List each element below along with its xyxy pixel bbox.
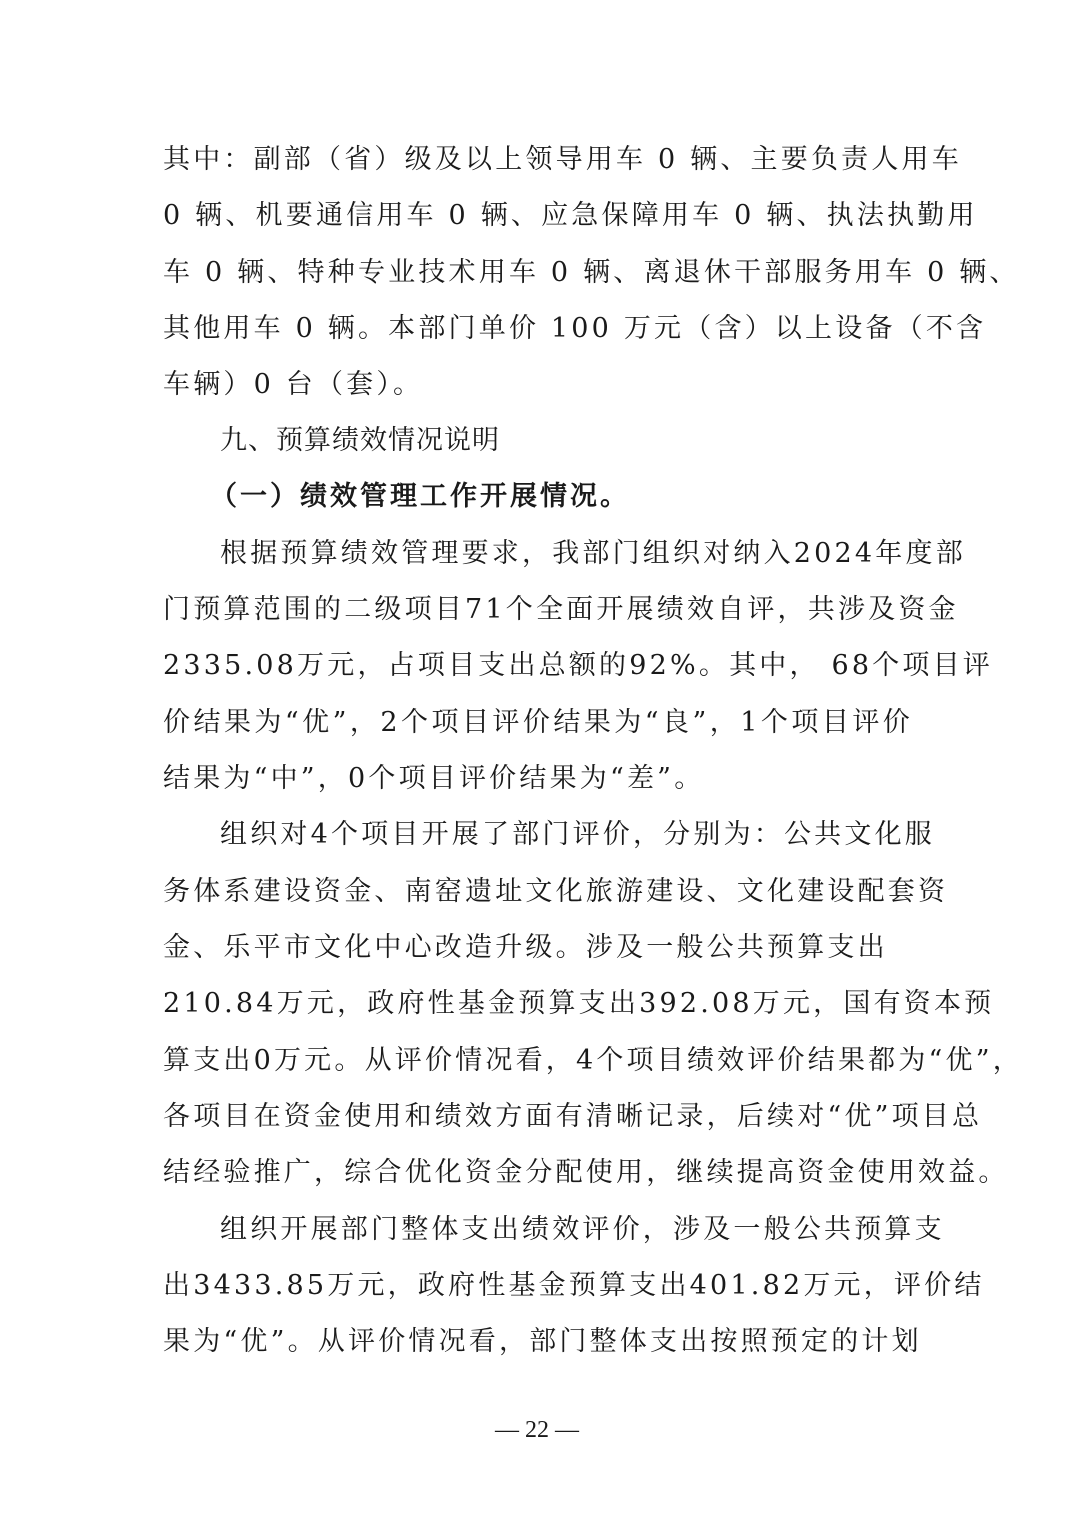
paragraph-2-line: 金、乐平市文化中心改造升级。涉及一般公共预算支出 xyxy=(163,928,913,968)
document-page: 其中：副部（省）级及以上领导用车 0 辆、主要负责人用车 0 辆、机要通信用车 … xyxy=(0,0,1074,1520)
paragraph-1-line: 门预算范围的二级项目71个全面开展绩效自评，共涉及资金 xyxy=(163,590,913,630)
body-text-line: 车 0 辆、特种专业技术用车 0 辆、离退休干部服务用车 0 辆、 xyxy=(163,253,913,293)
paragraph-2-line: 结经验推广，综合优化资金分配使用，继续提高资金使用效益。 xyxy=(163,1153,913,1193)
paragraph-2-line: 各项目在资金使用和绩效方面有清晰记录，后续对“优”项目总 xyxy=(163,1097,913,1137)
paragraph-2-line: 务体系建设资金、南窑遗址文化旅游建设、文化建设配套资 xyxy=(163,872,913,912)
body-text-line: 0 辆、机要通信用车 0 辆、应急保障用车 0 辆、执法执勤用 xyxy=(163,196,913,236)
paragraph-1-line: 结果为“中”，0个项目评价结果为“差”。 xyxy=(163,759,913,799)
page-number: — 22 — xyxy=(0,1412,1074,1448)
paragraph-3-line: 出3433.85万元，政府性基金预算支出401.82万元，评价结 xyxy=(163,1266,913,1306)
body-text-line: 其中：副部（省）级及以上领导用车 0 辆、主要负责人用车 xyxy=(163,140,913,180)
paragraph-3-line: 果为“优”。从评价情况看，部门整体支出按照预定的计划 xyxy=(163,1322,913,1362)
paragraph-2-line: 算支出0万元。从评价情况看，4个项目绩效评价结果都为“优”， xyxy=(163,1041,913,1081)
section-heading: 九、预算绩效情况说明 xyxy=(220,421,500,461)
body-text-line: 其他用车 0 辆。本部门单价 100 万元（含）以上设备（不含 xyxy=(163,309,913,349)
paragraph-2-line: 组织对4个项目开展了部门评价，分别为：公共文化服 xyxy=(220,815,913,855)
body-text-line: 车辆）0 台（套）。 xyxy=(163,365,913,405)
subsection-heading: （一）绩效管理工作开展情况。 xyxy=(210,477,630,517)
paragraph-1-line: 根据预算绩效管理要求，我部门组织对纳入2024年度部 xyxy=(220,534,913,574)
paragraph-2-line: 210.84万元，政府性基金预算支出392.08万元，国有资本预 xyxy=(163,984,913,1024)
paragraph-1-line: 2335.08万元，占项目支出总额的92%。其中， 68个项目评 xyxy=(163,646,913,686)
paragraph-1-line: 价结果为“优”，2个项目评价结果为“良”，1个项目评价 xyxy=(163,703,913,743)
paragraph-3-line: 组织开展部门整体支出绩效评价，涉及一般公共预算支 xyxy=(220,1210,913,1250)
